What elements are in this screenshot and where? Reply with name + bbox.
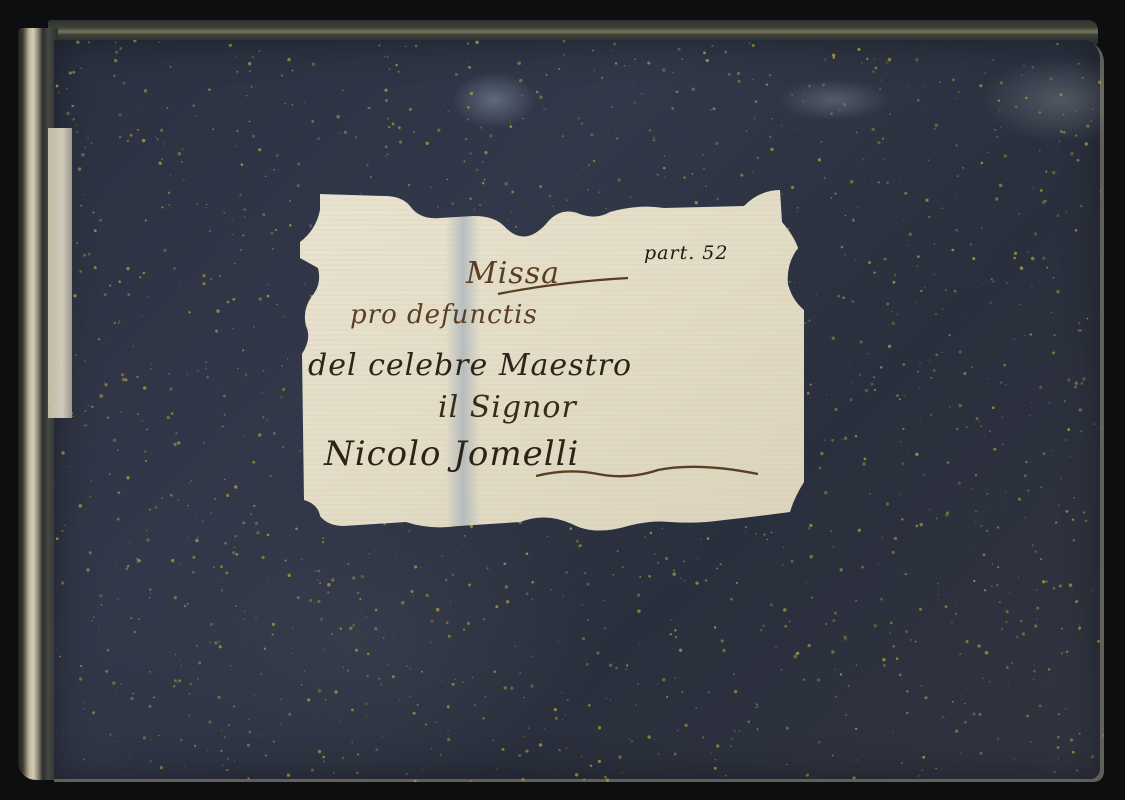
spine-paper-patch: [48, 128, 72, 418]
photo-background: part. 52 Missa pro defunctis del celebre…: [0, 0, 1125, 800]
title-label: part. 52 Missa pro defunctis del celebre…: [298, 186, 810, 536]
manuscript-book: part. 52 Missa pro defunctis del celebre…: [18, 18, 1106, 786]
ink-flourishes: [298, 186, 810, 536]
